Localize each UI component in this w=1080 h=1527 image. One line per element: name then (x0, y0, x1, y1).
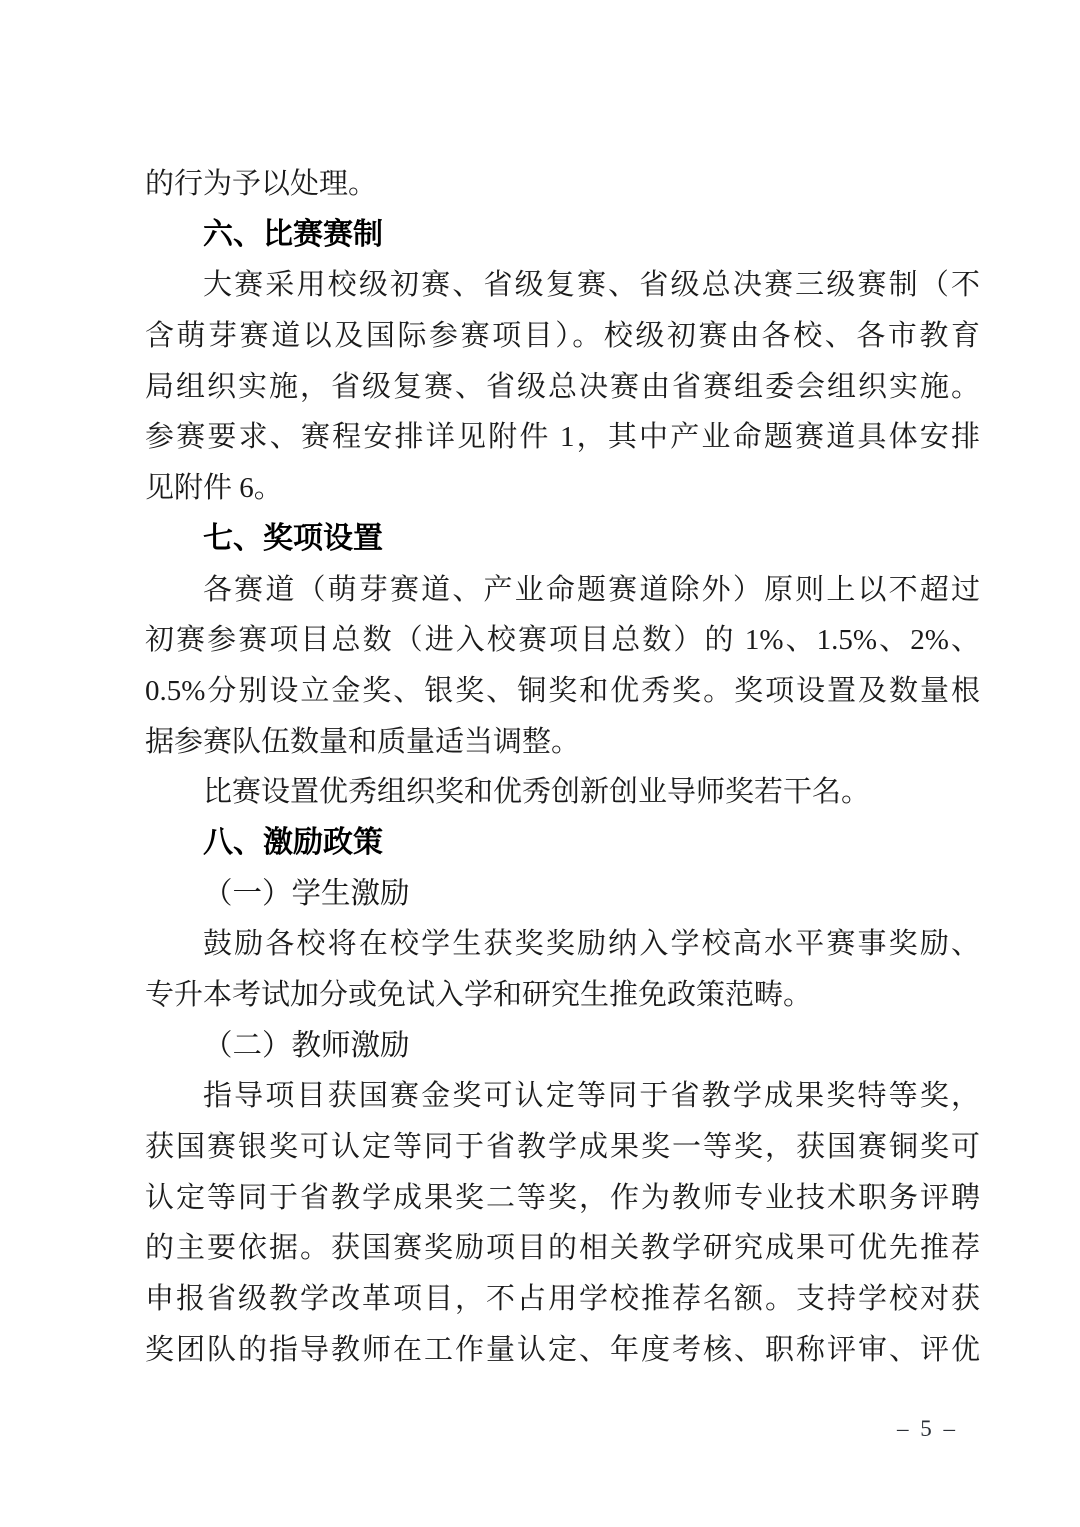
document-line: 初赛参赛项目总数（进入校赛项目总数）的 1%、1.5%、2%、 (145, 615, 980, 666)
document-line: 比赛设置优秀组织奖和优秀创新创业导师奖若干名。 (145, 767, 980, 818)
document-content: 的行为予以处理。六、比赛赛制大赛采用校级初赛、省级复赛、省级总决赛三级赛制（不含… (145, 159, 980, 1376)
section-heading: 八、激励政策 (145, 818, 980, 869)
document-line: 认定等同于省教学成果奖二等奖，作为教师专业技术职务评聘 (145, 1173, 980, 1224)
section-heading: 六、比赛赛制 (145, 210, 980, 261)
document-line: 大赛采用校级初赛、省级复赛、省级总决赛三级赛制（不 (145, 260, 980, 311)
document-line: 含萌芽赛道以及国际参赛项目）。校级初赛由各校、各市教育 (145, 311, 980, 362)
document-page: 的行为予以处理。六、比赛赛制大赛采用校级初赛、省级复赛、省级总决赛三级赛制（不含… (0, 0, 1080, 1527)
subsection-heading: （一）学生激励 (145, 869, 980, 920)
document-line: 指导项目获国赛金奖可认定等同于省教学成果奖特等奖， (145, 1071, 980, 1122)
subsection-heading: （二）教师激励 (145, 1021, 980, 1072)
document-line: 参赛要求、赛程安排详见附件 1，其中产业命题赛道具体安排 (145, 412, 980, 463)
document-line: 局组织实施，省级复赛、省级总决赛由省赛组委会组织实施。 (145, 362, 980, 413)
document-line: 奖团队的指导教师在工作量认定、年度考核、职称评审、评优 (145, 1325, 980, 1376)
document-line: 0.5%分别设立金奖、银奖、铜奖和优秀奖。奖项设置及数量根 (145, 666, 980, 717)
document-line: 申报省级教学改革项目，不占用学校推荐名额。支持学校对获 (145, 1274, 980, 1325)
document-line: 的主要依据。获国赛奖励项目的相关教学研究成果可优先推荐 (145, 1223, 980, 1274)
document-line: 获国赛银奖可认定等同于省教学成果奖一等奖，获国赛铜奖可 (145, 1122, 980, 1173)
section-heading: 七、奖项设置 (145, 514, 980, 565)
page-number: – 5 – (897, 1413, 958, 1445)
document-line: 各赛道（萌芽赛道、产业命题赛道除外）原则上以不超过 (145, 565, 980, 616)
document-line: 见附件 6。 (145, 463, 980, 514)
document-line: 据参赛队伍数量和质量适当调整。 (145, 717, 980, 768)
document-line: 的行为予以处理。 (145, 159, 980, 210)
document-line: 专升本考试加分或免试入学和研究生推免政策范畴。 (145, 970, 980, 1021)
document-line: 鼓励各校将在校学生获奖奖励纳入学校高水平赛事奖励、 (145, 919, 980, 970)
